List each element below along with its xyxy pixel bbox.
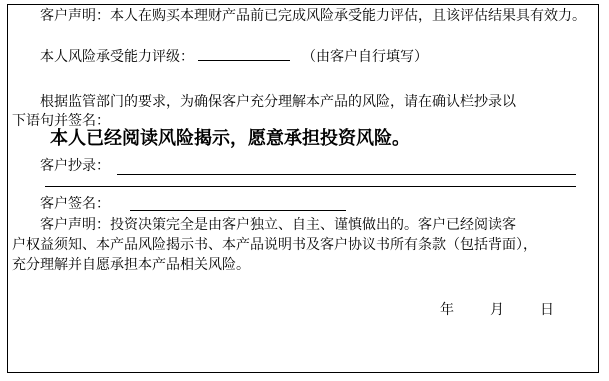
rating-label: 本人风险承受能力评级： xyxy=(40,50,194,65)
date-year-label: 年 xyxy=(440,299,454,319)
risk-statement-text: 本人已经阅读风险揭示，愿意承担投资风险。 xyxy=(50,127,410,149)
signature-field-label: 客户签名： xyxy=(12,196,110,213)
rating-row: 本人风险承受能力评级：（由客户自行填写） xyxy=(12,47,592,66)
rating-blank-field[interactable] xyxy=(198,47,290,61)
client-declaration-line-1: 客户声明：投资决策完全是由客户独立、自主、谨慎做出的。客户已经阅读客 xyxy=(12,216,594,236)
date-row: 年 月 日 xyxy=(440,299,554,319)
client-declaration-line-3: 充分理解并自愿承担本产品相关风险。 xyxy=(12,256,594,276)
copy-blank-line-2[interactable] xyxy=(45,172,576,187)
rating-note: （由客户自行填写） xyxy=(302,50,428,65)
date-day-label: 日 xyxy=(540,299,554,319)
signature-blank-field[interactable] xyxy=(130,196,346,211)
date-month-label: 月 xyxy=(490,299,504,319)
client-declaration-line-2: 户权益须知、本产品风险揭示书、本产品说明书及客户协议书所有条款（包括背面）， xyxy=(12,236,594,256)
instruction-paragraph: 根据监管部门的要求，为确保客户充分理解本产品的风险，请在确认栏抄录以 下语句并签… xyxy=(12,93,594,131)
instruction-line-1: 根据监管部门的要求，为确保客户充分理解本产品的风险，请在确认栏抄录以 xyxy=(12,93,594,112)
evaluation-declaration-text: 客户声明：本人在购买本理财产品前已完成风险承受能力评估，且该评估结果具有效力。 xyxy=(12,8,592,25)
client-declaration-paragraph: 客户声明：投资决策完全是由客户独立、自主、谨慎做出的。客户已经阅读客 户权益须知… xyxy=(12,216,594,276)
declaration-form-page: 客户声明：本人在购买本理财产品前已完成风险承受能力评估，且该评估结果具有效力。 … xyxy=(0,0,609,381)
